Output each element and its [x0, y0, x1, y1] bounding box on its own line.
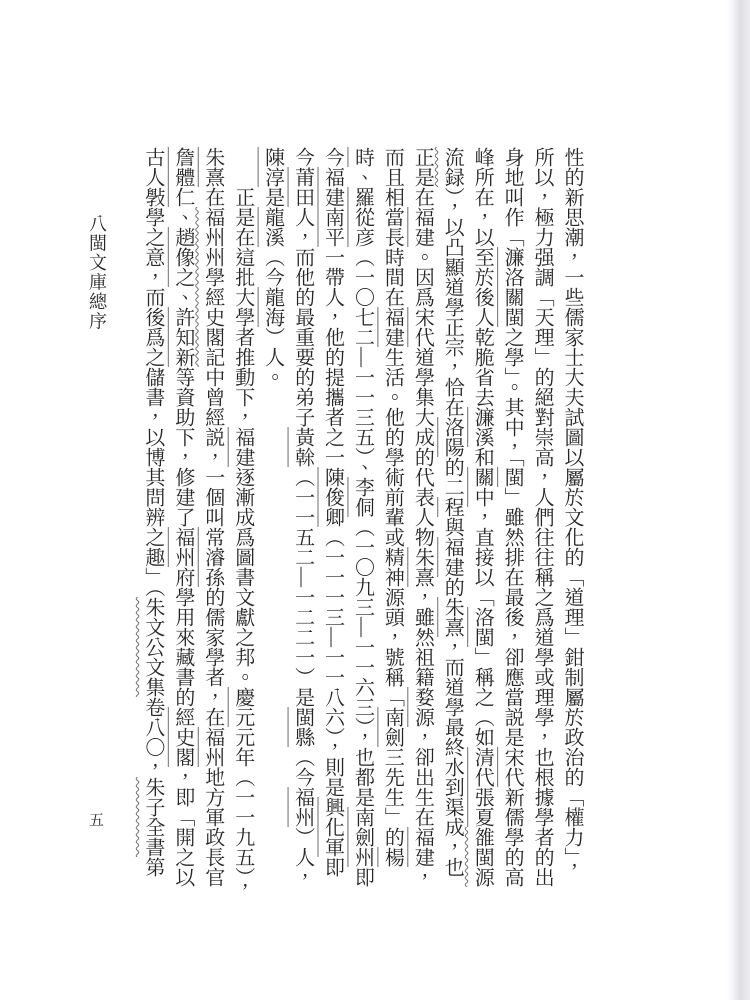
proper-noun-marked-text: 關中	[471, 467, 493, 507]
book-title-marked-text: 朱子全書	[142, 777, 164, 857]
plain-text: ，	[411, 867, 433, 887]
proper-noun-marked-text: 福建	[322, 167, 344, 207]
book-title-marked-text: 雒閩源	[471, 827, 493, 887]
proper-noun-marked-text: 朱熹	[441, 597, 463, 637]
text-block: 性的新思潮，一些儒家士大夫試圖以屬於文化的「道理」鉗制屬於政治的「權力」，所以，…	[136, 147, 586, 917]
proper-noun-marked-text: 福州	[202, 727, 224, 767]
proper-noun-marked-text: 福建	[381, 307, 403, 347]
proper-noun-marked-text: 陳俊卿	[322, 467, 344, 527]
plain-text: 。因爲	[411, 247, 433, 307]
proper-noun-marked-text: 南平	[322, 207, 344, 247]
plain-text: 所以，極力强調「天理」的絕對崇高，人們往往稱之爲道學或理學，也根據學者的出	[531, 147, 553, 887]
running-title: 八閩文庫總序	[84, 214, 110, 331]
plain-text: 今	[322, 147, 344, 167]
proper-noun-marked-text: 楊	[381, 847, 403, 867]
plain-text: 正是在	[411, 147, 433, 207]
plain-text: 」稱之（如	[471, 647, 493, 747]
plain-text: （一一五二—一二二一）是	[292, 467, 314, 707]
proper-noun-marked-text: 羅從彦	[351, 187, 373, 247]
plain-text: 身地叫作「	[501, 147, 523, 247]
proper-noun-marked-text: 趙像之	[172, 227, 194, 287]
proper-noun-marked-text: 濂溪	[471, 407, 493, 447]
page-number: 五	[85, 812, 106, 827]
plain-text: ，而道學最終水到渠成，也	[441, 637, 463, 877]
proper-noun-marked-text: 洛閩	[471, 607, 493, 647]
proper-noun-marked-text: 閩縣	[292, 707, 314, 747]
proper-noun-marked-text: 張夏	[471, 787, 493, 827]
plain-text: 人，而他的最重要的弟子	[292, 207, 314, 427]
proper-noun-marked-text: 程	[441, 497, 463, 517]
text-column: 詹體仁、趙像之、許知新等資助下，修建了福州府學用來藏書的經史閣，即「開之以	[167, 147, 197, 917]
text-column: 今福建南平一帶人，他的提攜者之一陳俊卿（一一一三—一一八六），則是興化軍即	[317, 147, 347, 917]
text-column: 流録），以凸顯道學正宗，恰在洛陽的二程與福建的朱熹，而道學最終水到渠成，也	[436, 147, 466, 917]
book-title-marked-text: 福州州學經史閣記	[202, 207, 224, 367]
proper-noun-marked-text: 朱熹	[202, 147, 224, 187]
proper-noun-marked-text: 經史閣	[172, 707, 194, 767]
plain-text: 、	[172, 287, 194, 307]
plain-text: 的二	[441, 457, 463, 497]
text-column: 身地叫作「濂洛關閩之學」。其中，「閩」雖然排在最後，卻應當説是宋代新儒學的高	[496, 147, 526, 917]
text-column: 朱熹在福州州學經史閣記中曾經説，一個叫常濬孫的儒家學者，在福州地方軍政長官	[197, 147, 227, 917]
proper-noun-marked-text: 詹體仁	[172, 147, 194, 207]
plain-text: 正是在這批大學者推動下，	[232, 187, 254, 427]
plain-text: 之學」。其中，「	[501, 327, 523, 467]
plain-text: 的	[441, 577, 463, 597]
proper-noun-marked-text: 清代	[471, 747, 493, 787]
plain-text: 卷八〇，	[142, 697, 164, 777]
plain-text: ，即「開之以	[172, 767, 194, 887]
proper-noun-marked-text: 福建	[232, 427, 254, 467]
proper-noun-marked-text: 福州	[292, 787, 314, 827]
book-title-marked-text: 朱文公文集	[142, 597, 164, 697]
proper-noun-marked-text: 慶元	[232, 687, 254, 727]
plain-text: 在	[202, 187, 224, 207]
proper-noun-marked-text: 時	[351, 147, 373, 167]
plain-text: 等資助下，修建了	[172, 367, 194, 527]
plain-text: ，雖然祖籍	[411, 587, 433, 687]
proper-noun-marked-text: 宋代	[501, 747, 523, 787]
text-column: 正是在福建。因爲宋代道學集大成的代表人物朱熹，雖然祖籍婺源，卻出生在福建，	[406, 147, 436, 917]
plain-text: ）人，	[292, 827, 314, 887]
proper-noun-marked-text: 福州	[172, 527, 194, 567]
plain-text: （今	[262, 247, 284, 287]
plain-text: （一一一三—一一八六），則是	[322, 527, 344, 797]
plain-text: 即	[351, 867, 373, 887]
plain-text: 地方軍政長官	[202, 767, 224, 887]
plain-text: 、	[172, 207, 194, 227]
plain-text: 是	[262, 187, 284, 207]
text-column: 古人斅學之意，而後爲之儲書，以博其問辨之趣」（朱文公文集卷八〇，朱子全書第	[137, 147, 167, 917]
proper-noun-marked-text: 朱熹	[411, 547, 433, 587]
proper-noun-marked-text: 龍溪	[262, 207, 284, 247]
proper-noun-marked-text: 宋代	[411, 307, 433, 347]
text-column: 而且相當長時間在福建生活。他的學術前輩或精神源頭，號稱「南劍三先生」的楊	[376, 147, 406, 917]
plain-text: （今	[292, 747, 314, 787]
proper-noun-marked-text: 婺源	[411, 687, 433, 727]
plain-text: （一〇七二—一一三五）、	[351, 247, 373, 477]
plain-text: 中曾經説，一個叫	[202, 367, 224, 527]
plain-text: 性的新思潮，一些儒家士大夫試圖以屬於文化的「道理」鉗制屬於政治的「權力」，	[561, 147, 583, 877]
plain-text: 與	[441, 517, 463, 537]
plain-text: 而且相當長時間在	[381, 147, 403, 307]
text-column: 所以，極力强調「天理」的絕對崇高，人們往往稱之爲道學或理學，也根據學者的出	[526, 147, 556, 917]
plain-text: ）人。	[262, 327, 284, 387]
proper-noun-marked-text: 福建	[411, 827, 433, 867]
proper-noun-marked-text: 龍海	[262, 287, 284, 327]
plain-text: 和	[471, 447, 493, 467]
plain-text: （一〇九三—一一六三），也都是	[351, 517, 373, 807]
proper-noun-marked-text: 濂洛關閩	[501, 247, 523, 327]
book-page: 八閩文庫總序 性的新思潮，一些儒家士大夫試圖以屬於文化的「道理」鉗制屬於政治的「…	[0, 0, 750, 1000]
book-title-marked-text: 流録	[441, 147, 463, 187]
plain-text: 新儒學的高	[501, 787, 523, 887]
proper-noun-marked-text: 福建	[441, 537, 463, 577]
plain-text: 」雖然排在最後，卻應當説是	[501, 487, 523, 747]
text-column: 時、羅從彦（一〇七二—一一三五）、李侗（一〇九三—一一六三），也都是南劍州即	[347, 147, 377, 917]
proper-noun-marked-text: 常濬孫	[202, 527, 224, 587]
plain-text: 的儒家學者，在	[202, 587, 224, 727]
proper-noun-marked-text: 閩	[501, 467, 523, 487]
plain-text: 府學用來藏書的	[172, 567, 194, 707]
plain-text: 即	[322, 857, 344, 877]
proper-noun-marked-text: 黃榦	[292, 427, 314, 467]
proper-noun-marked-text: 南劍	[381, 707, 403, 747]
plain-text: 第	[142, 857, 164, 877]
page-edge-shadow	[726, 0, 750, 1000]
plain-text: 元年（一一九五），	[232, 727, 254, 897]
plain-text: 古人斅學之意，而後爲之儲書，以博其問辨之趣」（	[142, 147, 164, 597]
proper-noun-marked-text: 福建	[411, 207, 433, 247]
proper-noun-marked-text: 興化軍	[322, 797, 344, 857]
proper-noun-marked-text: 李侗	[351, 477, 373, 517]
proper-noun-marked-text: 許知新	[172, 307, 194, 367]
plain-text: 生活。他的學術前輩或精神源頭，號稱「	[381, 347, 403, 707]
plain-text: 峰所在，以至於後人乾脆省去	[471, 147, 493, 407]
plain-text: ，直接以「	[471, 507, 493, 607]
proper-noun-marked-text: 洛陽	[441, 417, 463, 457]
text-column: 今莆田人，而他的最重要的弟子黃榦（一一五二—一二二一）是閩縣（今福州）人，	[287, 147, 317, 917]
plain-text: 逐漸成爲圖書文獻之邦。	[232, 467, 254, 687]
plain-text: 、	[351, 167, 373, 187]
text-column: 正是在這批大學者推動下，福建逐漸成爲圖書文獻之邦。慶元元年（一一九五），	[227, 147, 257, 917]
text-column: 峰所在，以至於後人乾脆省去濂溪和關中，直接以「洛閩」稱之（如清代張夏雒閩源	[466, 147, 496, 917]
proper-noun-marked-text: 陳淳	[262, 147, 284, 187]
plain-text: 今	[292, 147, 314, 167]
plain-text: 三先生」的	[381, 747, 403, 847]
text-column: 陳淳是龍溪（今龍海）人。	[257, 147, 287, 917]
proper-noun-marked-text: 莆田	[292, 167, 314, 207]
plain-text: 道學集大成的代表人物	[411, 347, 433, 547]
proper-noun-marked-text: 南劍州	[351, 807, 373, 867]
plain-text: ），以凸顯道學正宗，恰在	[441, 187, 463, 417]
plain-text: ，卻出生在	[411, 727, 433, 827]
plain-text: 一帶人，他的提攜者之一	[322, 247, 344, 467]
text-column: 性的新思潮，一些儒家士大夫試圖以屬於文化的「道理」鉗制屬於政治的「權力」，	[556, 147, 586, 917]
